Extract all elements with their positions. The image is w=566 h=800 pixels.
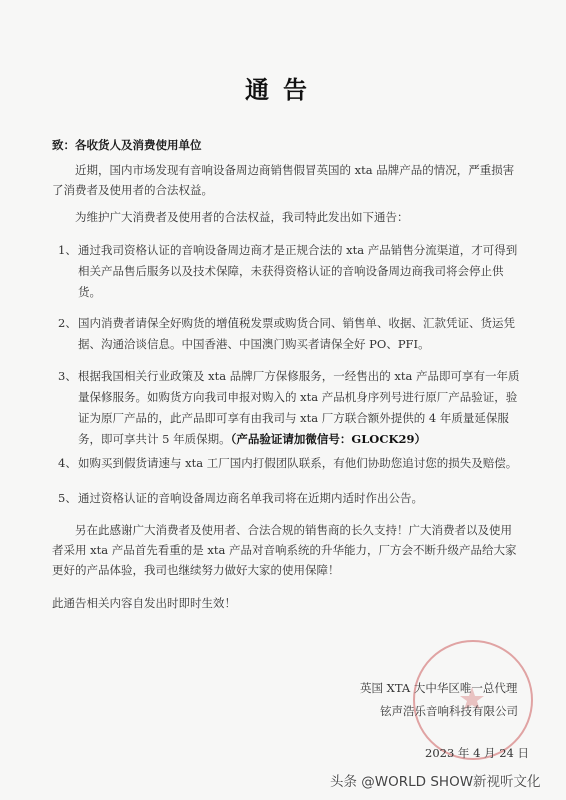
source-watermark: 头条 @WORLD SHOW新视听文化 [330, 770, 541, 790]
intro-paragraph-2: 为维护广大消费者及使用者的合法权益，我司特此发出如下通告： [52, 207, 520, 227]
wechat-verification-note: （产品验证请加微信号：GLOCK29） [231, 432, 426, 446]
notice-item-1: 1、 通过我司资格认证的音响设备周边商才是正规合法的 xta 产品销售分流渠道，… [58, 240, 520, 303]
item-number: 4、 [58, 453, 78, 474]
item-text: 国内消费者请保全好购货的增值税发票或购货合同、销售单、收据、汇款凭证、货运凭据、… [78, 313, 520, 355]
item-number: 1、 [58, 240, 78, 261]
item-text: 通过资格认证的音响设备周边商名单我司将在近期内适时作出公告。 [78, 488, 520, 509]
item-text: 如购买到假货请速与 xta 工厂国内打假团队联系，有他们协助您追讨您的损失及赔偿… [78, 453, 520, 474]
seal-star-icon [412, 639, 532, 759]
notice-item-4: 4、 如购买到假货请速与 xta 工厂国内打假团队联系，有他们协助您追讨您的损失… [58, 453, 520, 474]
company-seal-stamp [413, 640, 533, 760]
document-title: 通告 [0, 70, 566, 105]
item-number: 2、 [58, 313, 78, 334]
signature-company-name: 铉声浩乐音响科技有限公司 [380, 703, 518, 719]
item-number: 5、 [58, 488, 78, 509]
signature-date: 2023 年 4 月 24 日 [425, 745, 529, 761]
thanks-paragraph: 另在此感谢广大消费者及使用者、合法合规的销售商的长久支持！广大消费者以及使用者采… [52, 520, 520, 580]
effective-statement: 此通告相关内容自发出时即时生效！ [52, 593, 520, 613]
notice-item-5: 5、 通过资格认证的音响设备周边商名单我司将在近期内适时作出公告。 [58, 488, 520, 509]
notice-document: 通告 致：各收货人及消费使用单位 近期，国内市场发现有音响设备周边商销售假冒英国… [0, 0, 566, 800]
notice-item-3: 3、 根据我国相关行业政策及 xta 品牌厂方保修服务，一经售出的 xta 产品… [58, 366, 520, 450]
item-text: 通过我司资格认证的音响设备周边商才是正规合法的 xta 产品销售分流渠道，才可得… [78, 240, 520, 303]
intro-paragraph-1: 近期，国内市场发现有音响设备周边商销售假冒英国的 xta 品牌产品的情况，严重损… [52, 160, 520, 200]
item-number: 3、 [58, 366, 78, 387]
signature-agent-line: 英国 XTA 大中华区唯一总代理 [360, 680, 517, 696]
addressee-line: 致：各收货人及消费使用单位 [52, 137, 202, 153]
notice-item-2: 2、 国内消费者请保全好购货的增值税发票或购货合同、销售单、收据、汇款凭证、货运… [58, 313, 520, 355]
item-text-wrapper: 根据我国相关行业政策及 xta 品牌厂方保修服务，一经售出的 xta 产品即可享… [78, 366, 520, 450]
